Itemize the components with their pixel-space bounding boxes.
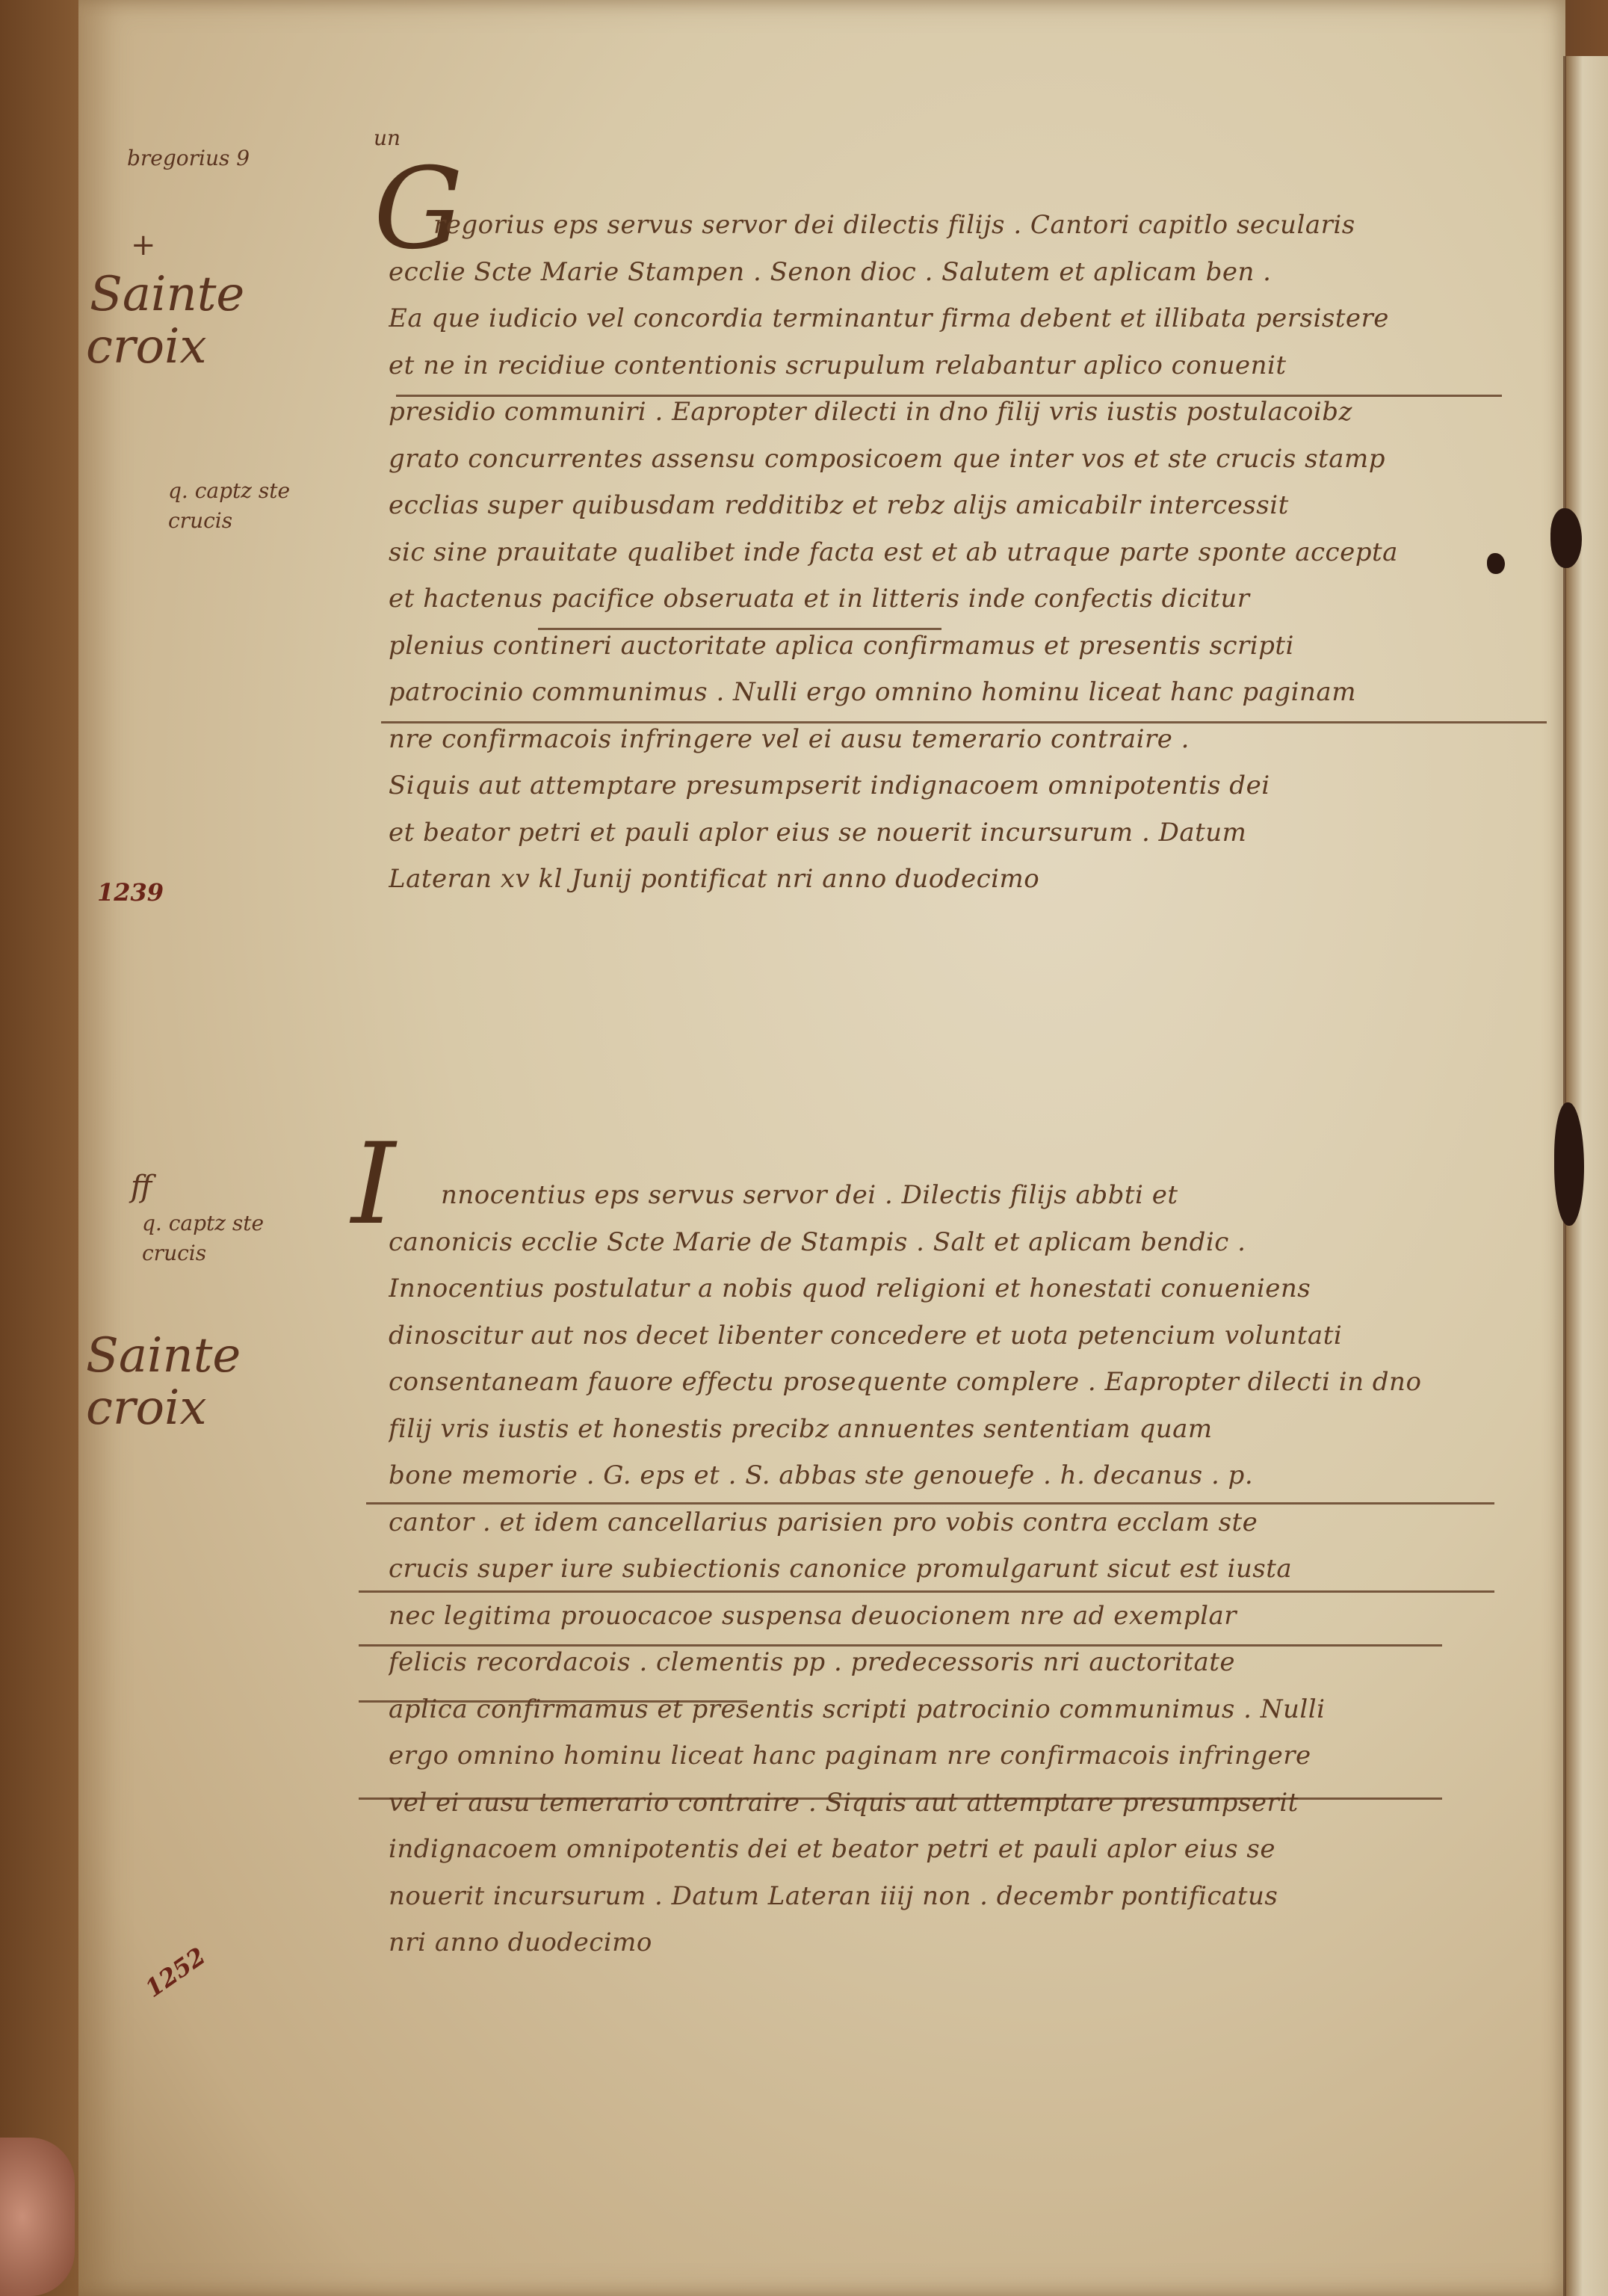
text-line: ergo omnino hominu liceat hanc paginam n…	[389, 1732, 1554, 1780]
text-line: consentaneam fauore effectu prosequente …	[389, 1359, 1554, 1406]
underline	[359, 1797, 1442, 1800]
text-line: cantor . et idem cancellarius parisien p…	[389, 1499, 1554, 1546]
text-line: nec legitima prouocacoe suspensa deuocio…	[389, 1593, 1554, 1640]
margin-chapter-ref: crucis	[142, 1241, 206, 1265]
underline	[359, 1700, 747, 1703]
cross-mark: +	[131, 228, 156, 262]
text-line: nri anno duodecimo	[389, 1919, 1554, 1966]
margin-year: 1239	[97, 878, 164, 907]
background-left	[0, 0, 82, 2296]
margin-chapter-ref: q. captz ste	[168, 478, 290, 503]
margin-place: croix	[86, 321, 207, 372]
letter-2: nnocentius eps servus servor dei . Dilec…	[389, 1172, 1554, 1966]
text-line: crucis super iure subiectionis canonice …	[389, 1546, 1554, 1593]
underline	[381, 721, 1547, 723]
worm-hole	[1550, 508, 1582, 568]
text-line: dinoscitur aut nos decet libenter conced…	[389, 1312, 1554, 1360]
margin-place: croix	[86, 1383, 207, 1434]
underline	[359, 1644, 1442, 1647]
underline	[538, 628, 941, 630]
margin-place: Sainte	[86, 1330, 241, 1381]
text-line: Innocentius postulatur a nobis quod reli…	[389, 1265, 1554, 1312]
margin-heading: bregorius 9	[127, 146, 250, 170]
text-line: et hactenus pacifice obseruata et in lit…	[389, 575, 1554, 623]
text-line: et ne in recidiue contentionis scrupulum…	[389, 342, 1554, 389]
text-line: regorius eps servus servor dei dilectis …	[389, 202, 1554, 249]
margin-chapter-ref: crucis	[168, 508, 232, 533]
thumb	[0, 2138, 75, 2296]
text-line: nouerit incursurum . Datum Lateran iiij …	[389, 1873, 1554, 1920]
underline	[359, 1590, 1494, 1593]
text-line: patrocinio communimus . Nulli ergo omnin…	[389, 669, 1554, 716]
text-line: ecclias super quibusdam redditibz et reb…	[389, 482, 1554, 529]
underline	[396, 395, 1502, 397]
cross-mark: ff	[131, 1170, 152, 1204]
text-line: indignacoem omnipotentis dei et beator p…	[389, 1826, 1554, 1873]
text-line: aplica confirmamus et presentis scripti …	[389, 1686, 1554, 1733]
underline	[366, 1502, 1494, 1505]
text-line: Lateran xv kl Junij pontificat nri anno …	[389, 856, 1554, 903]
margin-place: Sainte	[90, 269, 244, 320]
text-line: bone memorie . G. eps et . S. abbas ste …	[389, 1452, 1554, 1499]
margin-chapter-ref: q. captz ste	[142, 1211, 264, 1235]
letter-1: regorius eps servus servor dei dilectis …	[389, 202, 1554, 903]
text-line: canonicis ecclie Scte Marie de Stampis .…	[389, 1219, 1554, 1266]
text-line: sic sine prauitate qualibet inde facta e…	[389, 529, 1554, 576]
text-line: ecclie Scte Marie Stampen . Senon dioc .…	[389, 249, 1554, 296]
text-line: Ea que iudicio vel concordia terminantur…	[389, 295, 1554, 342]
text-line: filij vris iustis et honestis precibz an…	[389, 1406, 1554, 1453]
text-line: vel ei ausu temerario contraire . Siquis…	[389, 1780, 1554, 1827]
text-line: Siquis aut attemptare presumpserit indig…	[389, 762, 1554, 809]
text-line: grato concurrentes assensu composicoem q…	[389, 436, 1554, 483]
text-line: nnocentius eps servus servor dei . Dilec…	[389, 1172, 1554, 1219]
text-line: et beator petri et pauli aplor eius se n…	[389, 809, 1554, 857]
